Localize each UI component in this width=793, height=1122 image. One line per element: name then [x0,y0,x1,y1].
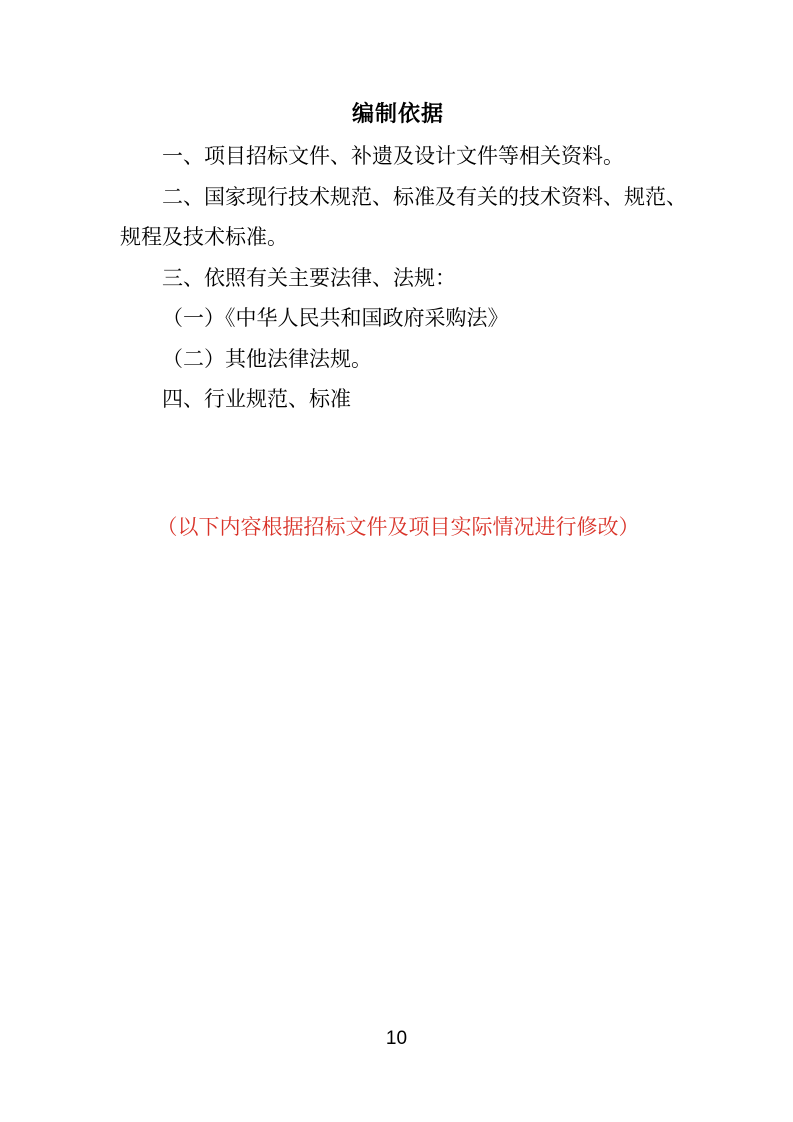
document-content: 编制依据 一、项目招标文件、补遗及设计文件等相关资料。 二、国家现行技术规范、标… [120,92,676,547]
body-line-4: 三、依照有关主要法律、法规： [120,258,676,299]
body-line-2: 二、国家现行技术规范、标准及有关的技术资料、规范、 [120,177,676,218]
page-number: 10 [0,1026,793,1052]
body-line-6: （二）其他法律法规。 [120,339,676,380]
document-title: 编制依据 [120,92,676,136]
body-line-3: 规程及技术标准。 [120,217,676,258]
body-line-5: （一）《中华人民共和国政府采购法》 [120,298,676,339]
revision-note: （以下内容根据招标文件及项目实际情况进行修改） [120,507,676,548]
body-line-7: 四、行业规范、标准 [120,379,676,420]
document-page: 编制依据 一、项目招标文件、补遗及设计文件等相关资料。 二、国家现行技术规范、标… [0,0,793,1122]
body-line-1: 一、项目招标文件、补遗及设计文件等相关资料。 [120,136,676,177]
